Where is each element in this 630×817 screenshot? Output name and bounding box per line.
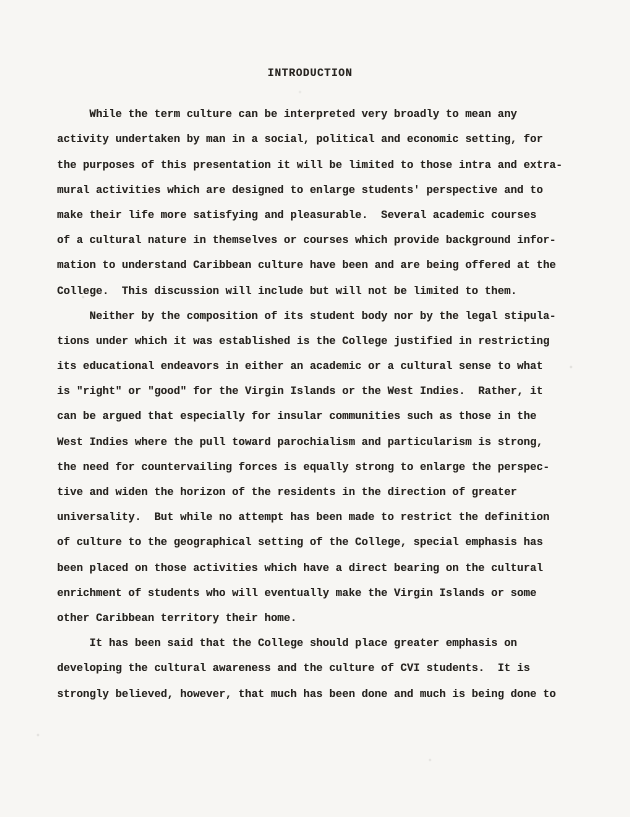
text-line: tions under which it was established is …	[57, 330, 563, 355]
text-line: can be argued that especially for insula…	[57, 405, 563, 430]
text-line: the need for countervailing forces is eq…	[57, 456, 563, 481]
text-line: other Caribbean territory their home.	[57, 607, 563, 632]
text-line: College. This discussion will include bu…	[57, 280, 563, 305]
text-line: It has been said that the College should…	[57, 632, 563, 657]
paragraph: While the term culture can be interprete…	[57, 103, 563, 305]
text-line: mural activities which are designed to e…	[57, 179, 563, 204]
text-line: West Indies where the pull toward paroch…	[57, 431, 563, 456]
page-body: While the term culture can be interprete…	[57, 103, 563, 708]
text-line: the purposes of this presentation it wil…	[57, 154, 563, 179]
text-line: is "right" or "good" for the Virgin Isla…	[57, 380, 563, 405]
text-line: mation to understand Caribbean culture h…	[57, 254, 563, 279]
text-line: While the term culture can be interprete…	[57, 103, 563, 128]
paragraph: It has been said that the College should…	[57, 632, 563, 708]
page-title: INTRODUCTION	[57, 62, 563, 87]
paragraph: Neither by the composition of its studen…	[57, 305, 563, 632]
text-line: Neither by the composition of its studen…	[57, 305, 563, 330]
text-line: its educational endeavors in either an a…	[57, 355, 563, 380]
text-line: developing the cultural awareness and th…	[57, 657, 563, 682]
text-line: activity undertaken by man in a social, …	[57, 128, 563, 153]
text-line: tive and widen the horizon of the reside…	[57, 481, 563, 506]
text-line: of a cultural nature in themselves or co…	[57, 229, 563, 254]
text-line: of culture to the geographical setting o…	[57, 531, 563, 556]
document-page: INTRODUCTION While the term culture can …	[0, 0, 630, 817]
text-line: strongly believed, however, that much ha…	[57, 683, 563, 708]
text-line: universality. But while no attempt has b…	[57, 506, 563, 531]
text-line: been placed on those activities which ha…	[57, 557, 563, 582]
text-line: make their life more satisfying and plea…	[57, 204, 563, 229]
text-line: enrichment of students who will eventual…	[57, 582, 563, 607]
